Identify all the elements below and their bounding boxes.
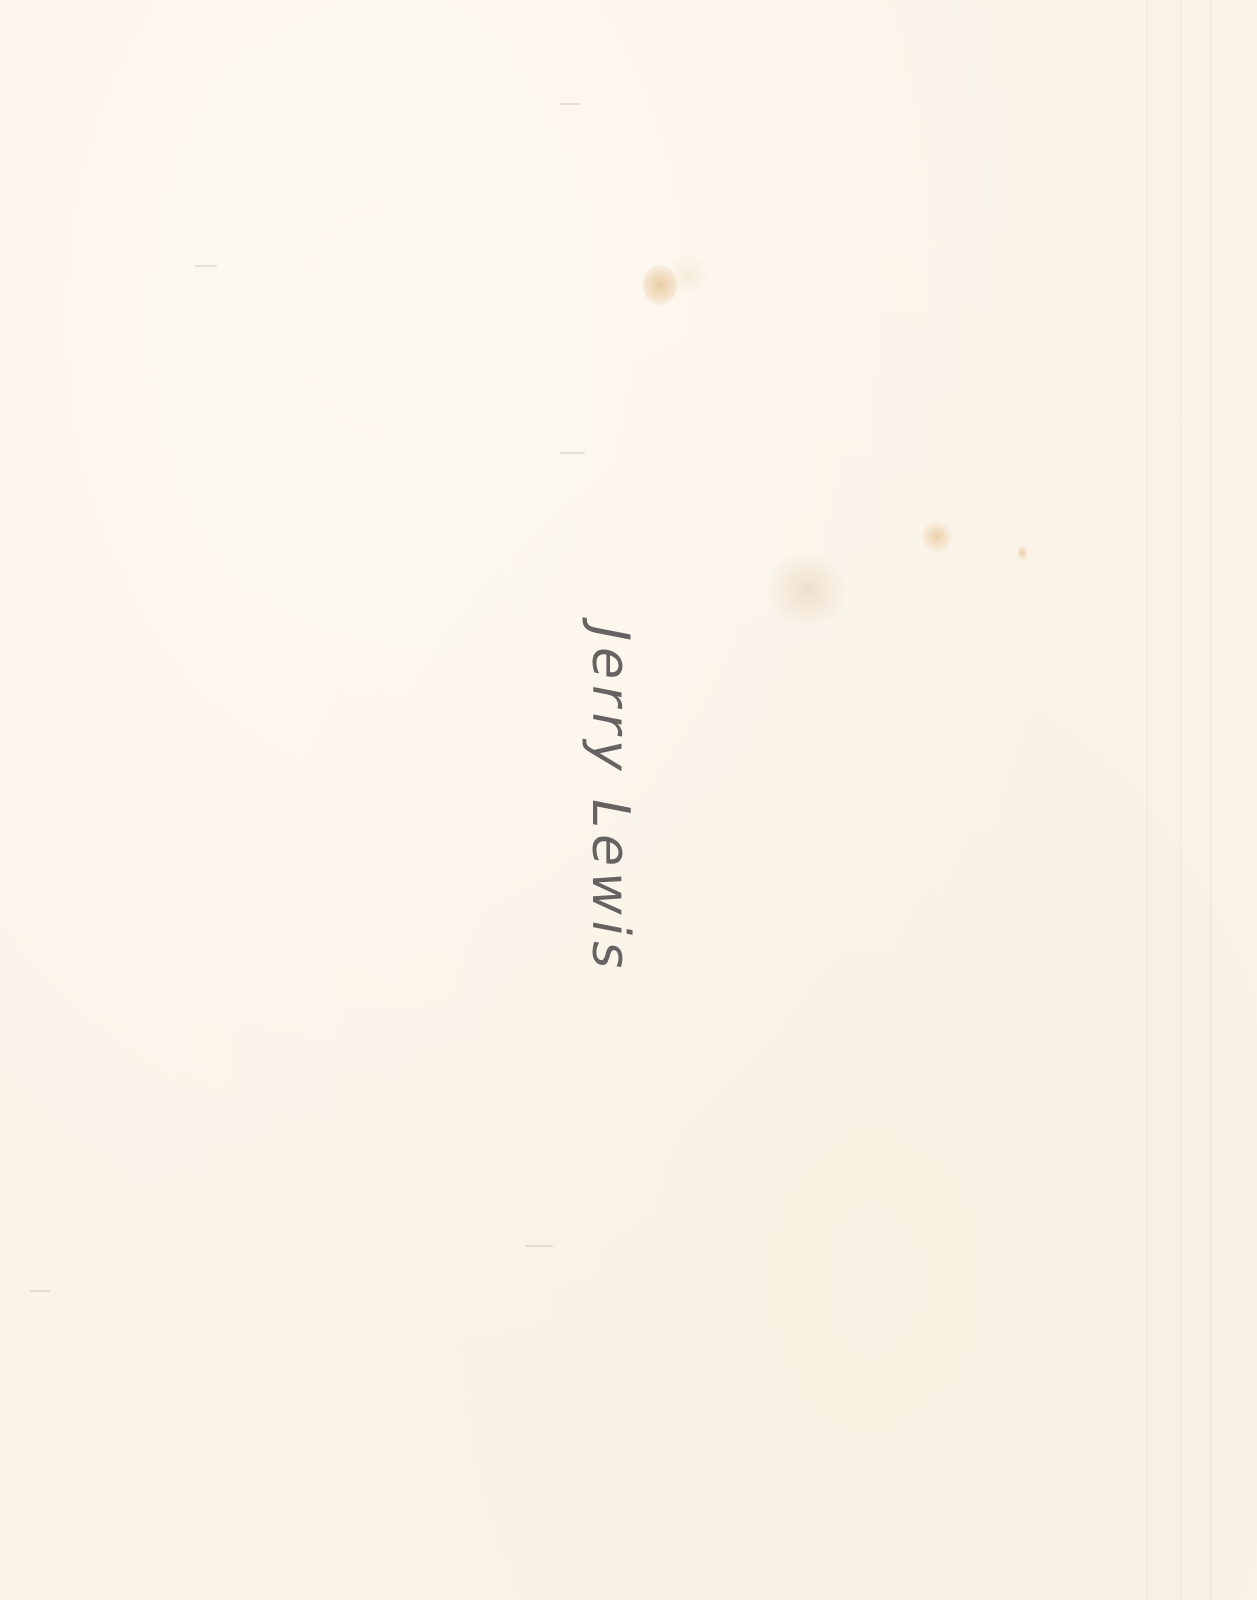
- stain: [1018, 545, 1027, 561]
- paper-crease-line: [1147, 0, 1148, 1600]
- photo-back-paper: Jerry Lewis: [0, 0, 1257, 1600]
- paper-crease-line: [1180, 0, 1181, 1600]
- paper-crease-line: [1210, 0, 1211, 1600]
- stain: [643, 265, 677, 305]
- scuff-mark: [195, 265, 217, 267]
- handwritten-name: Jerry Lewis: [580, 610, 640, 990]
- scuff-mark: [525, 1245, 553, 1247]
- stain: [922, 520, 952, 554]
- scuff-mark: [30, 1290, 50, 1292]
- scuff-mark: [560, 452, 585, 454]
- stain: [762, 555, 852, 625]
- scuff-mark: [560, 103, 580, 105]
